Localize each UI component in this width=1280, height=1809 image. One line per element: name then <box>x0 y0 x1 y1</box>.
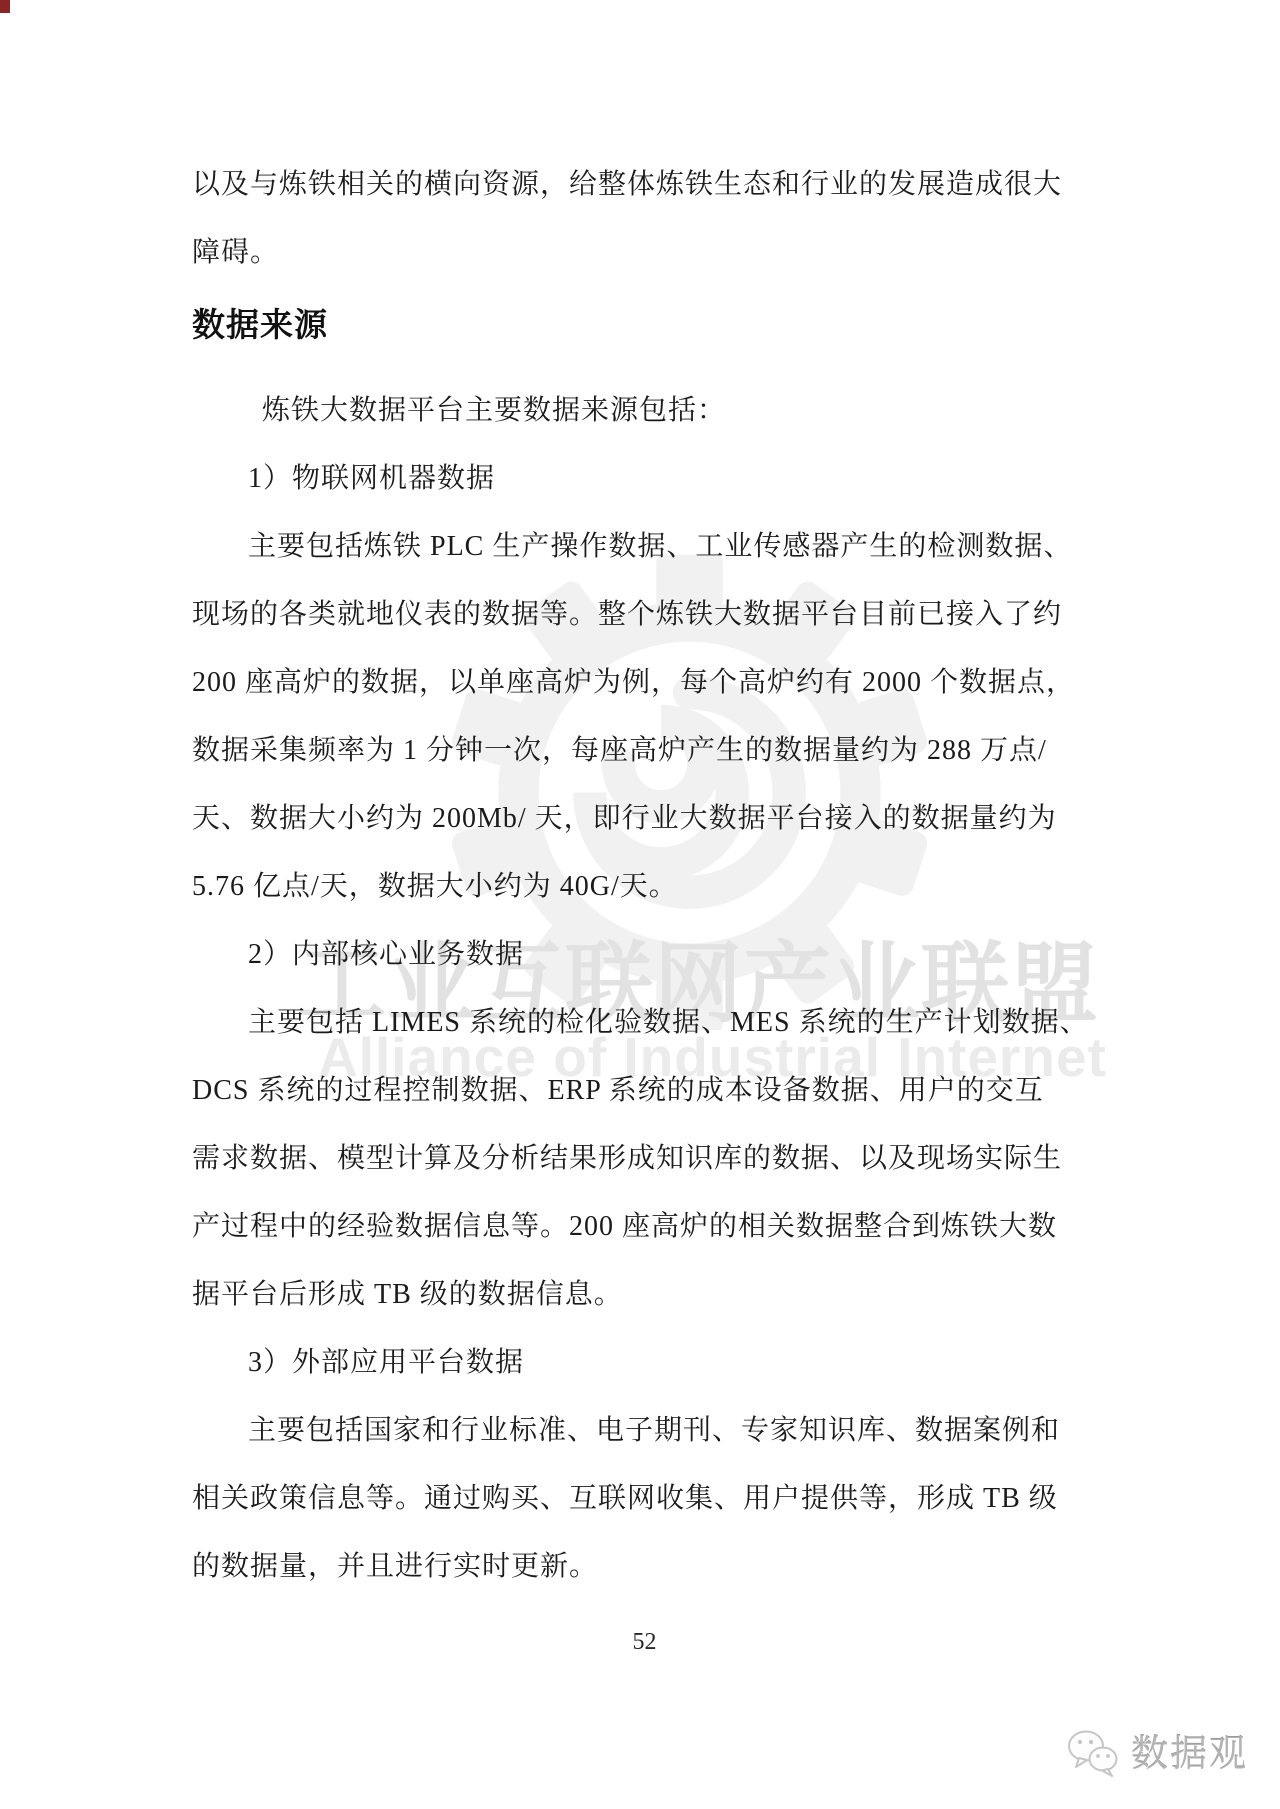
wechat-icon <box>1067 1729 1121 1779</box>
page-number: 52 <box>192 1627 1097 1657</box>
section-2-label: 2）内部核心业务数据 <box>192 921 1097 989</box>
section-1-label: 1）物联网机器数据 <box>192 445 1097 513</box>
lead-paragraph: 炼铁大数据平台主要数据来源包括： <box>192 377 1097 445</box>
footer-brand: 数据观 <box>1067 1729 1248 1779</box>
scan-corner-mark <box>0 0 10 13</box>
section-1-body: 主要包括炼铁 PLC 生产操作数据、工业传感器产生的检测数据、 现场的各类就地仪… <box>192 513 1097 921</box>
brand-text: 数据观 <box>1131 1734 1248 1774</box>
intro-paragraph: 以及与炼铁相关的横向资源，给整体炼铁生态和行业的发展造成很大 障碍。 <box>192 151 1097 287</box>
section-3-label: 3）外部应用平台数据 <box>192 1329 1097 1397</box>
document-page: { "document": { "intro": "以及与炼铁相关的横向资源，给… <box>0 0 1280 1809</box>
section-heading: 数据来源 <box>192 303 1097 347</box>
section-3-body: 主要包括国家和行业标准、电子期刊、专家知识库、数据案例和 相关政策信息等。通过购… <box>192 1397 1097 1601</box>
section-2-body: 主要包括 LIMES 系统的检化验数据、MES 系统的生产计划数据、 DCS 系… <box>192 989 1097 1329</box>
content-column: 以及与炼铁相关的横向资源，给整体炼铁生态和行业的发展造成很大 障碍。 数据来源 … <box>192 151 1097 1657</box>
